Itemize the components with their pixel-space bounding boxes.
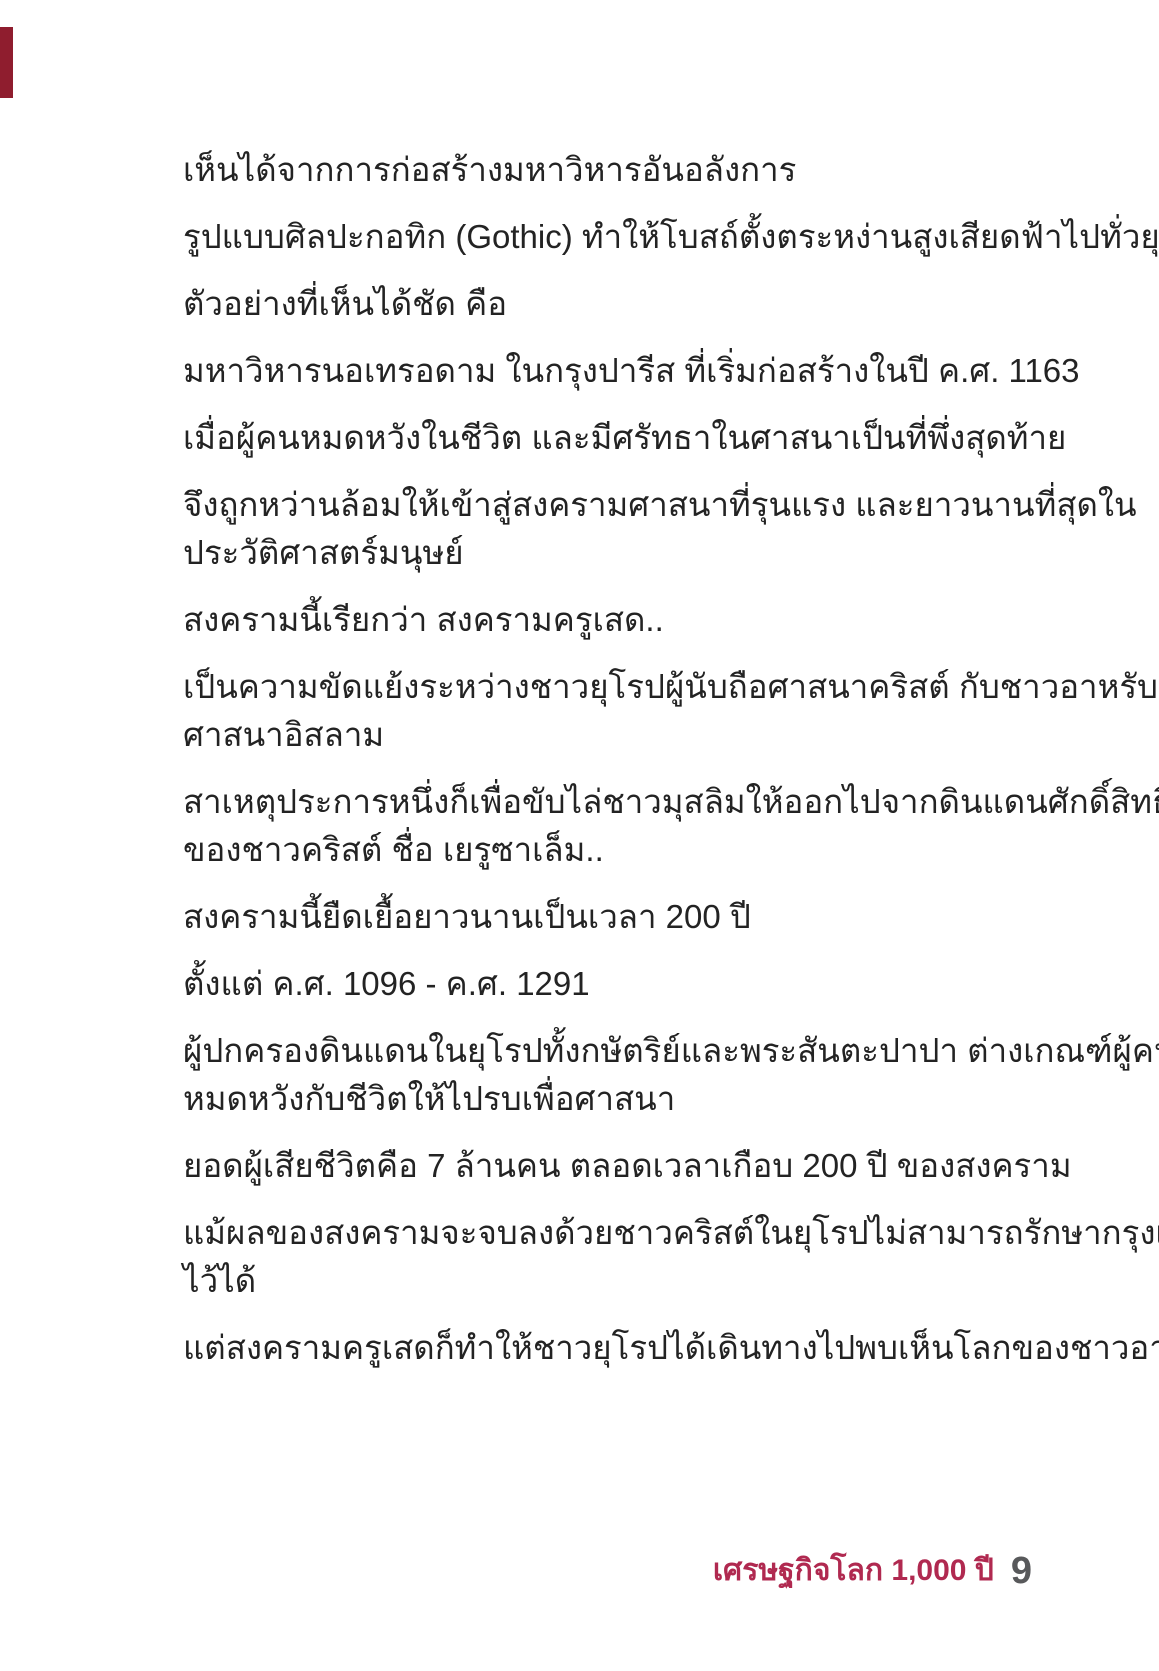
paragraph: สงครามนี้ยืดเยื้อยาวนานเป็นเวลา 200 ปี bbox=[183, 893, 975, 941]
paragraph: จึงถูกหว่านล้อมให้เข้าสู่สงครามศาสนาที่ร… bbox=[183, 481, 975, 577]
paragraph-line: ไว้ได้ bbox=[183, 1257, 975, 1305]
body-text: เห็นได้จากการก่อสร้างมหาวิหารอันอลังการ … bbox=[183, 146, 975, 1391]
paragraph-line: ของชาวคริสต์ ชื่อ เยรูซาเล็ม.. bbox=[183, 826, 975, 874]
paragraph: ตั้งแต่ ค.ศ. 1096 - ค.ศ. 1291 bbox=[183, 960, 975, 1008]
paragraph: เป็นความขัดแย้งระหว่างชาวยุโรปผู้นับถือศ… bbox=[183, 663, 975, 759]
paragraph: สงครามนี้เรียกว่า สงครามครูเสด.. bbox=[183, 596, 975, 644]
paragraph-line: สงครามนี้เรียกว่า สงครามครูเสด.. bbox=[183, 596, 975, 644]
paragraph-line: แม้ผลของสงครามจะจบลงด้วยชาวคริสต์ในยุโรป… bbox=[183, 1209, 975, 1257]
paragraph-line: ตัวอย่างที่เห็นได้ชัด คือ bbox=[183, 280, 975, 328]
paragraph-line: ยอดผู้เสียชีวิตคือ 7 ล้านคน ตลอดเวลาเกือ… bbox=[183, 1142, 975, 1190]
paragraph-line: ประวัติศาสตร์มนุษย์ bbox=[183, 529, 975, 577]
paragraph: สาเหตุประการหนึ่งก็เพื่อขับไล่ชาวมุสลิมใ… bbox=[183, 778, 975, 874]
paragraph-line: ศาสนาอิสลาม bbox=[183, 711, 975, 759]
paragraph: เมื่อผู้คนหมดหวังในชีวิต และมีศรัทธาในศา… bbox=[183, 414, 975, 462]
paragraph: มหาวิหารนอเทรอดาม ในกรุงปารีส ที่เริ่มก่… bbox=[183, 347, 975, 395]
paragraph-line: เมื่อผู้คนหมดหวังในชีวิต และมีศรัทธาในศา… bbox=[183, 414, 975, 462]
paragraph-line: แต่สงครามครูเสดก็ทำให้ชาวยุโรปได้เดินทาง… bbox=[183, 1324, 975, 1372]
page-footer: เศรษฐกิจโลก 1,000 ปี 9 bbox=[713, 1550, 1032, 1592]
paragraph: ผู้ปกครองดินแดนในยุโรปทั้งกษัตริย์และพระ… bbox=[183, 1027, 975, 1123]
paragraph: แม้ผลของสงครามจะจบลงด้วยชาวคริสต์ในยุโรป… bbox=[183, 1209, 975, 1305]
paragraph-line: ผู้ปกครองดินแดนในยุโรปทั้งกษัตริย์และพระ… bbox=[183, 1027, 975, 1075]
book-page: เห็นได้จากการก่อสร้างมหาวิหารอันอลังการ … bbox=[0, 0, 1159, 1671]
book-title: เศรษฐกิจโลก 1,000 ปี bbox=[713, 1550, 994, 1592]
paragraph: ตัวอย่างที่เห็นได้ชัด คือ bbox=[183, 280, 975, 328]
paragraph: รูปแบบศิลปะกอทิก (Gothic) ทำให้โบสถ์ตั้ง… bbox=[183, 213, 975, 261]
paragraph-line: สาเหตุประการหนึ่งก็เพื่อขับไล่ชาวมุสลิมใ… bbox=[183, 778, 975, 826]
paragraph-line: มหาวิหารนอเทรอดาม ในกรุงปารีส ที่เริ่มก่… bbox=[183, 347, 975, 395]
page-edge-tab bbox=[0, 27, 13, 98]
paragraph: แต่สงครามครูเสดก็ทำให้ชาวยุโรปได้เดินทาง… bbox=[183, 1324, 975, 1372]
paragraph-line: ตั้งแต่ ค.ศ. 1096 - ค.ศ. 1291 bbox=[183, 960, 975, 1008]
paragraph-line: สงครามนี้ยืดเยื้อยาวนานเป็นเวลา 200 ปี bbox=[183, 893, 975, 941]
paragraph: เห็นได้จากการก่อสร้างมหาวิหารอันอลังการ bbox=[183, 146, 975, 194]
paragraph-line: เห็นได้จากการก่อสร้างมหาวิหารอันอลังการ bbox=[183, 146, 975, 194]
paragraph-line: เป็นความขัดแย้งระหว่างชาวยุโรปผู้นับถือศ… bbox=[183, 663, 975, 711]
paragraph-line: หมดหวังกับชีวิตให้ไปรบเพื่อศาสนา bbox=[183, 1075, 975, 1123]
paragraph-line: รูปแบบศิลปะกอทิก (Gothic) ทำให้โบสถ์ตั้ง… bbox=[183, 213, 975, 261]
paragraph-line: จึงถูกหว่านล้อมให้เข้าสู่สงครามศาสนาที่ร… bbox=[183, 481, 975, 529]
page-number: 9 bbox=[1011, 1550, 1032, 1592]
paragraph: ยอดผู้เสียชีวิตคือ 7 ล้านคน ตลอดเวลาเกือ… bbox=[183, 1142, 975, 1190]
